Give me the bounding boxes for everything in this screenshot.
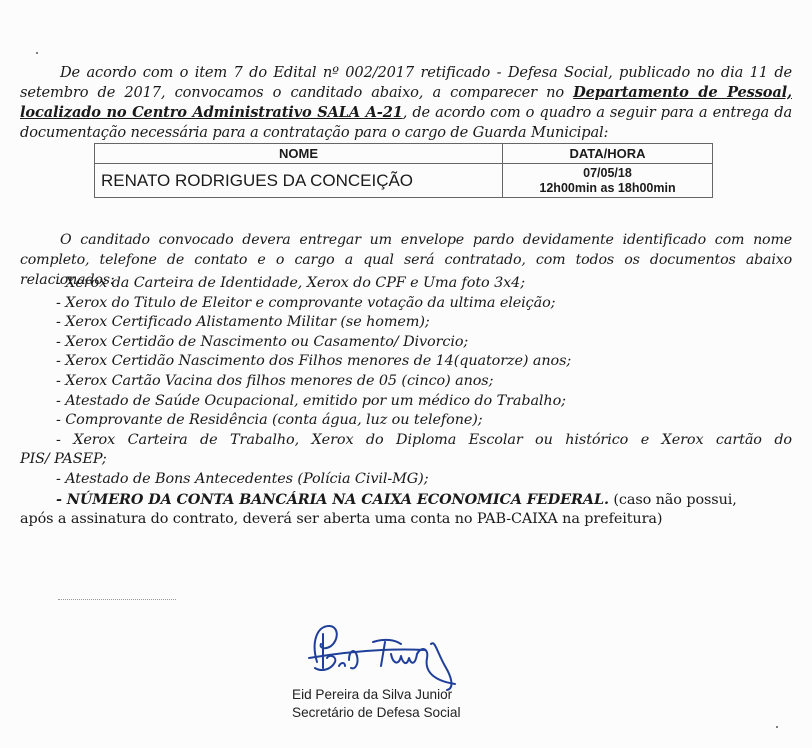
intro-paragraph: De acordo com o item 7 do Edital nº 002/… bbox=[20, 63, 792, 143]
list-item: - Xerox Cartão Vacina dos filhos menores… bbox=[56, 372, 792, 392]
list-item: - Xerox da Carteira de Identidade, Xerox… bbox=[56, 274, 792, 294]
signer-block: Eid Pereira da Silva Junior Secretário d… bbox=[292, 686, 532, 722]
list-item: - Xerox Certificado Alistamento Militar … bbox=[56, 313, 792, 333]
bank-account-requirement: - NÚMERO DA CONTA BANCÁRIA NA CAIXA ECON… bbox=[56, 491, 609, 508]
datetime-cell: 07/05/18 12h00min as 18h00min bbox=[503, 164, 713, 198]
bank-account-note-start: (caso não possui, bbox=[609, 492, 737, 508]
signer-title: Secretário de Defesa Social bbox=[292, 704, 532, 722]
column-header-datetime: DATA/HORA bbox=[503, 144, 713, 164]
appointment-date: 07/05/18 bbox=[509, 166, 706, 181]
list-item-work-documents: - Xerox Carteira de Trabalho, Xerox do D… bbox=[56, 431, 792, 470]
list-item: - Comprovante de Residência (conta água,… bbox=[56, 411, 792, 431]
list-item: - Atestado de Bons Antecedentes (Polícia… bbox=[56, 470, 792, 490]
column-header-name: NOME bbox=[95, 144, 503, 164]
candidate-name-cell: RENATO RODRIGUES DA CONCEIÇÃO bbox=[95, 164, 503, 198]
convocation-table: NOME DATA/HORA RENATO RODRIGUES DA CONCE… bbox=[94, 143, 713, 198]
dotted-line bbox=[58, 599, 176, 600]
scan-speck bbox=[36, 52, 38, 54]
list-item: - Xerox Certidão de Nascimento ou Casame… bbox=[56, 333, 792, 353]
list-item: - Xerox do Titulo de Eleitor e comprovan… bbox=[56, 294, 792, 314]
required-documents-list: - Xerox da Carteira de Identidade, Xerox… bbox=[56, 274, 792, 530]
list-item: - Xerox Certidão Nascimento dos Filhos m… bbox=[56, 352, 792, 372]
scanned-document-page: De acordo com o item 7 do Edital nº 002/… bbox=[0, 0, 812, 748]
handwritten-signature bbox=[305, 622, 465, 692]
appointment-time: 12h00min as 18h00min bbox=[509, 181, 706, 196]
work-documents-line1: - Xerox Carteira de Trabalho, Xerox do D… bbox=[56, 431, 792, 451]
table-header-row: NOME DATA/HORA bbox=[95, 144, 713, 164]
signer-name: Eid Pereira da Silva Junior bbox=[292, 686, 532, 704]
list-item: - Atestado de Saúde Ocupacional, emitido… bbox=[56, 392, 792, 412]
scan-speck bbox=[776, 726, 778, 728]
bank-account-note-end: após a assinatura do contrato, deverá se… bbox=[20, 510, 792, 530]
list-item-bank-account: - NÚMERO DA CONTA BANCÁRIA NA CAIXA ECON… bbox=[56, 490, 792, 530]
table-row: RENATO RODRIGUES DA CONCEIÇÃO 07/05/18 1… bbox=[95, 164, 713, 198]
work-documents-line2: PIS/ PASEP; bbox=[20, 450, 792, 470]
